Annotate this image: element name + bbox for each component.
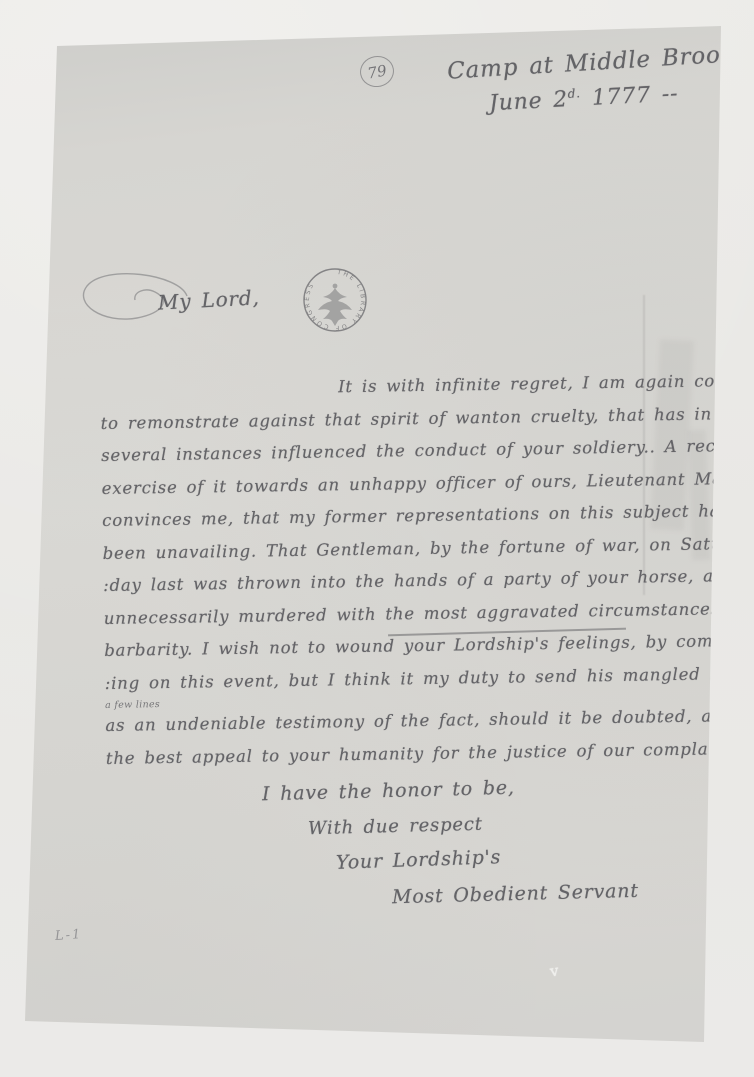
page-number-stamp: 79 — [358, 53, 397, 89]
heading-date-superscript: d. — [567, 86, 581, 101]
pencil-notation: L-1 — [55, 927, 83, 944]
page-number-stamp-text: 79 — [366, 61, 388, 82]
paper-blemish: v — [549, 961, 560, 980]
closing-line-respect: With due respect — [308, 814, 483, 840]
letter-paper: 79 Camp at Middle Brook June 2d. 1777 --… — [0, 0, 754, 1077]
letter-body: It is with infinite regret, I am again c… — [100, 371, 751, 781]
heading-place: Camp at Middle Brook — [446, 41, 736, 85]
heading-date-year: 1777 -- — [591, 81, 679, 110]
closing-line-servant: Most Obedient Servant — [392, 880, 639, 908]
closing-line-honor: I have the honor to be, — [262, 777, 515, 806]
heading-date: June 2d. 1777 -- — [488, 81, 678, 116]
heading-date-day: June 2 — [488, 87, 568, 116]
seal-eagle-icon — [318, 284, 352, 326]
library-of-congress-seal: THE LIBRARY OF CONGRESS — [301, 266, 369, 334]
salutation: My Lord, — [157, 285, 260, 314]
fold-crease — [643, 295, 645, 595]
closing-line-lordship: Your Lordship's — [336, 846, 502, 874]
